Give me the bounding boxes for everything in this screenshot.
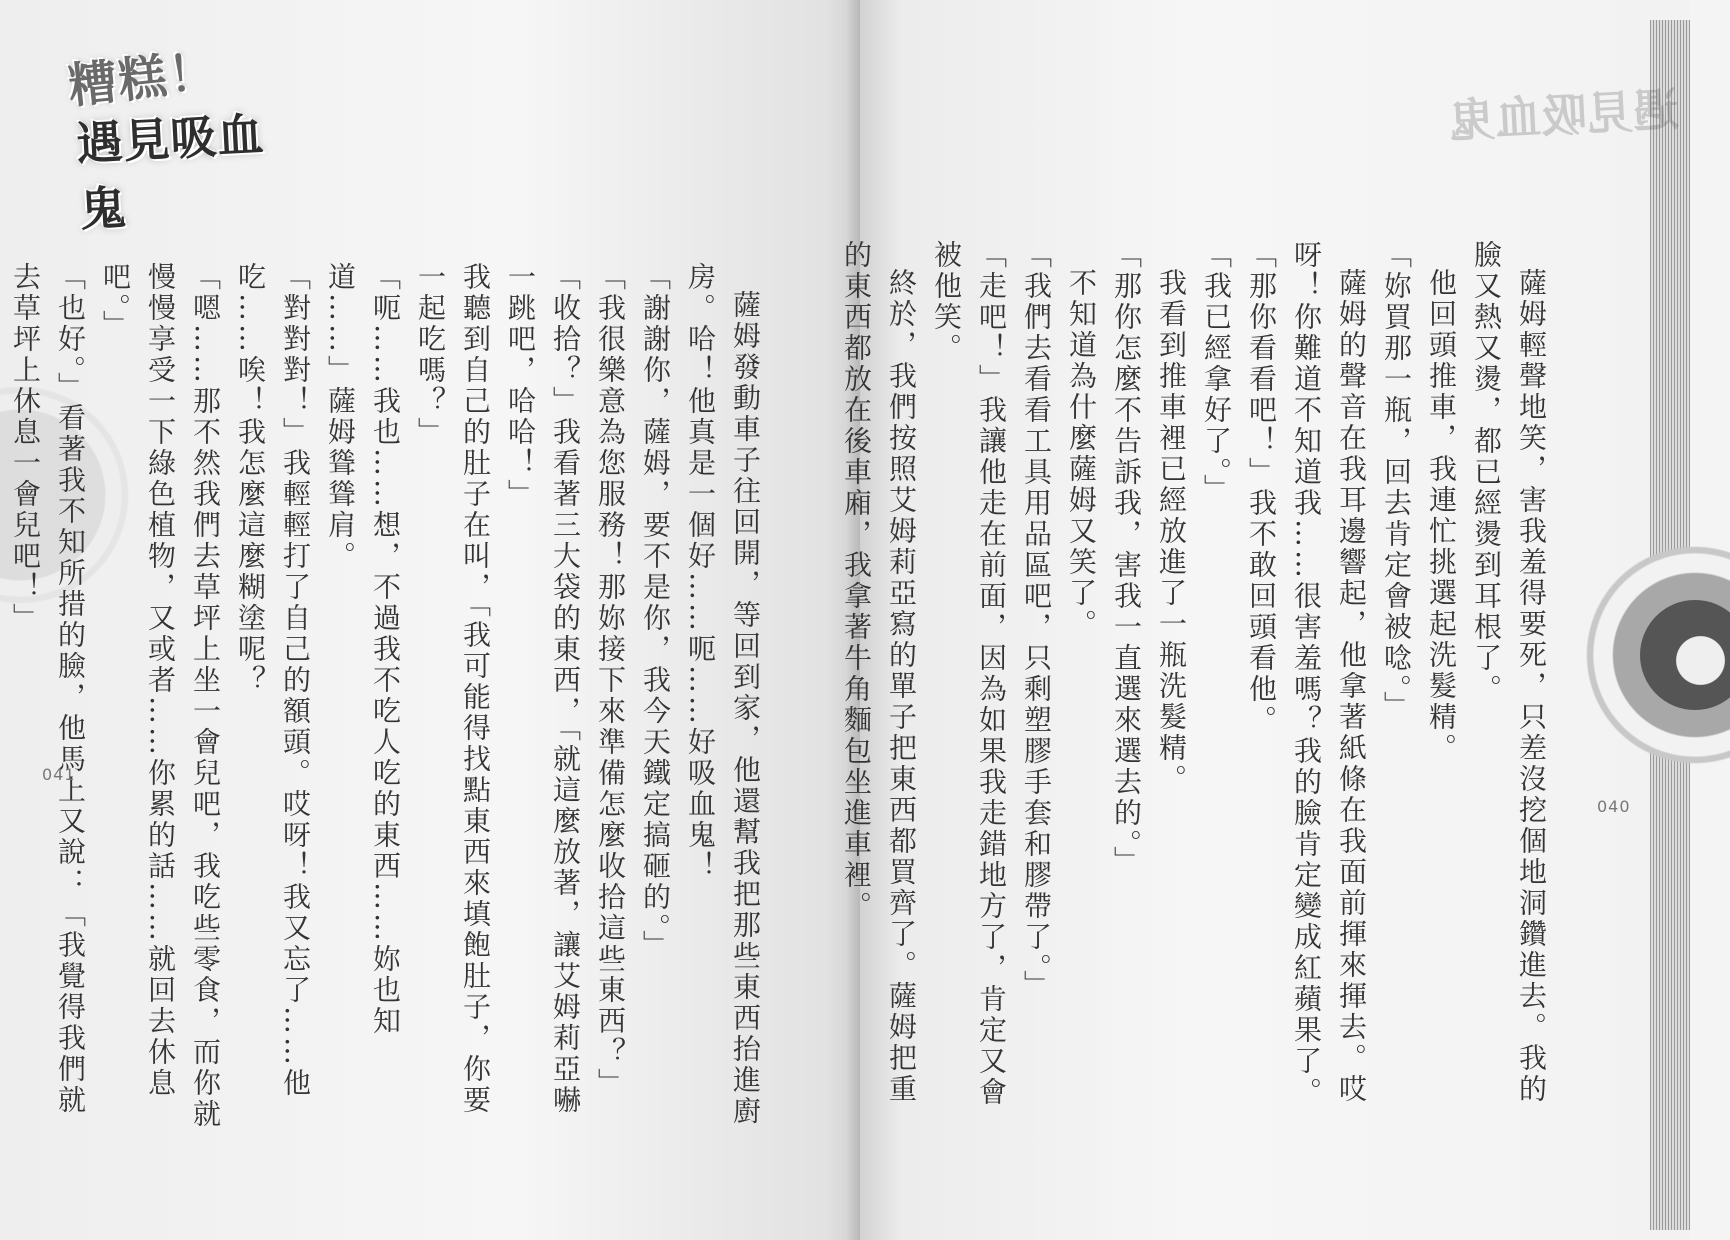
page-number-right: 040 [1597, 797, 1631, 816]
paragraph: 「嗯……那不然我們去草坪上坐一會兒吧，我吃些零食，而你就慢慢享受一下綠色植物，又… [93, 262, 228, 1132]
series-logo: 糟糕！ 遇見吸血鬼 [62, 40, 302, 180]
left-page: 糟糕！ 遇見吸血鬼 薩姆發動車子往回開，等回到家，他還幫我把那些東西抬進廚房。哈… [0, 0, 860, 1240]
paragraph: 「那你看看吧！」我不敢回頭看他。 [1239, 240, 1284, 1110]
paragraph: 終於，我們按照艾姆莉亞寫的單子把東西都買齊了。薩姆把重的東西都放在後車廂，我拿著… [834, 240, 924, 1110]
paragraph: 不知道為什麼薩姆又笑了。 [1059, 240, 1104, 1110]
paragraph: 他回頭推車，我連忙挑選起洗髮精。 [1419, 240, 1464, 1110]
paragraph: 「走吧！」我讓他走在前面，因為如果我走錯地方了，肯定又會被他笑。 [924, 240, 1014, 1110]
paragraph: 「妳買那一瓶，回去肯定會被唸。」 [1374, 240, 1419, 1110]
paragraph: 薩姆輕聲地笑，害我羞得要死，只差沒挖個地洞鑽進去。我的臉又熱又燙，都已經燙到耳根… [1464, 240, 1554, 1110]
paragraph: 薩姆的聲音在我耳邊響起，他拿著紙條在我面前揮來揮去。哎呀！你難道不知道我……很害… [1284, 240, 1374, 1110]
paragraph: 我看到推車裡已經放進了一瓶洗髮精。 [1149, 240, 1194, 1110]
paragraph: 「我很樂意為您服務！那妳接下來準備怎麼收拾這些東西？」 [588, 262, 633, 1132]
paragraph: 我聽到自己的肚子在叫，「我可能得找點東西來填飽肚子，你要一起吃嗎？」 [408, 262, 498, 1132]
logo-title-line2: 遇見吸血鬼 [75, 96, 306, 240]
paragraph: 「我們去看看工具用品區吧，只剩塑膠手套和膠帶了。」 [1014, 240, 1059, 1110]
left-page-text: 薩姆發動車子往回開，等回到家，他還幫我把那些東西抬進廚房。哈！他真是一個好……呃… [0, 262, 768, 1132]
page-number-left: 041 [42, 765, 76, 784]
paragraph: 「對對對！」我輕輕打了自己的額頭。哎呀！我又忘了……他吃……唉！我怎麼這麼糊塗呢… [228, 262, 318, 1132]
paragraph: 「也好。」看著我不知所措的臉，他馬上又說：「我覺得我們就去草坪上休息一會兒吧！」 [3, 262, 93, 1132]
right-page-text: 薩姆輕聲地笑，害我羞得要死，只差沒挖個地洞鑽進去。我的臉又熱又燙，都已經燙到耳根… [834, 240, 1554, 1110]
paragraph: 「呃……我也……想，不過我不吃人吃的東西……妳也知道……」薩姆聳聳肩。 [318, 262, 408, 1132]
paragraph: 太好了！我還以為他會說他要回家呢。 [0, 262, 3, 1132]
book-spread: 糟糕！ 遇見吸血鬼 薩姆發動車子往回開，等回到家，他還幫我把那些東西抬進廚房。哈… [0, 0, 1730, 1240]
paragraph: 「收拾？」我看著三大袋的東西，「就這麼放著，讓艾姆莉亞嚇一跳吧，哈哈！」 [498, 262, 588, 1132]
paragraph: 「那你怎麼不告訴我，害我一直選來選去的。」 [1104, 240, 1149, 1110]
portrait-face-icon [1640, 600, 1730, 710]
paragraph: 「謝謝你，薩姆，要不是你，我今天鐵定搞砸的。」 [633, 262, 678, 1132]
paragraph: 「我已經拿好了。」 [1194, 240, 1239, 1110]
paragraph: 薩姆發動車子往回開，等回到家，他還幫我把那些東西抬進廚房。哈！他真是一個好……呃… [678, 262, 768, 1132]
series-logo-bleedthrough: 遇見吸血鬼 [1417, 73, 1682, 196]
